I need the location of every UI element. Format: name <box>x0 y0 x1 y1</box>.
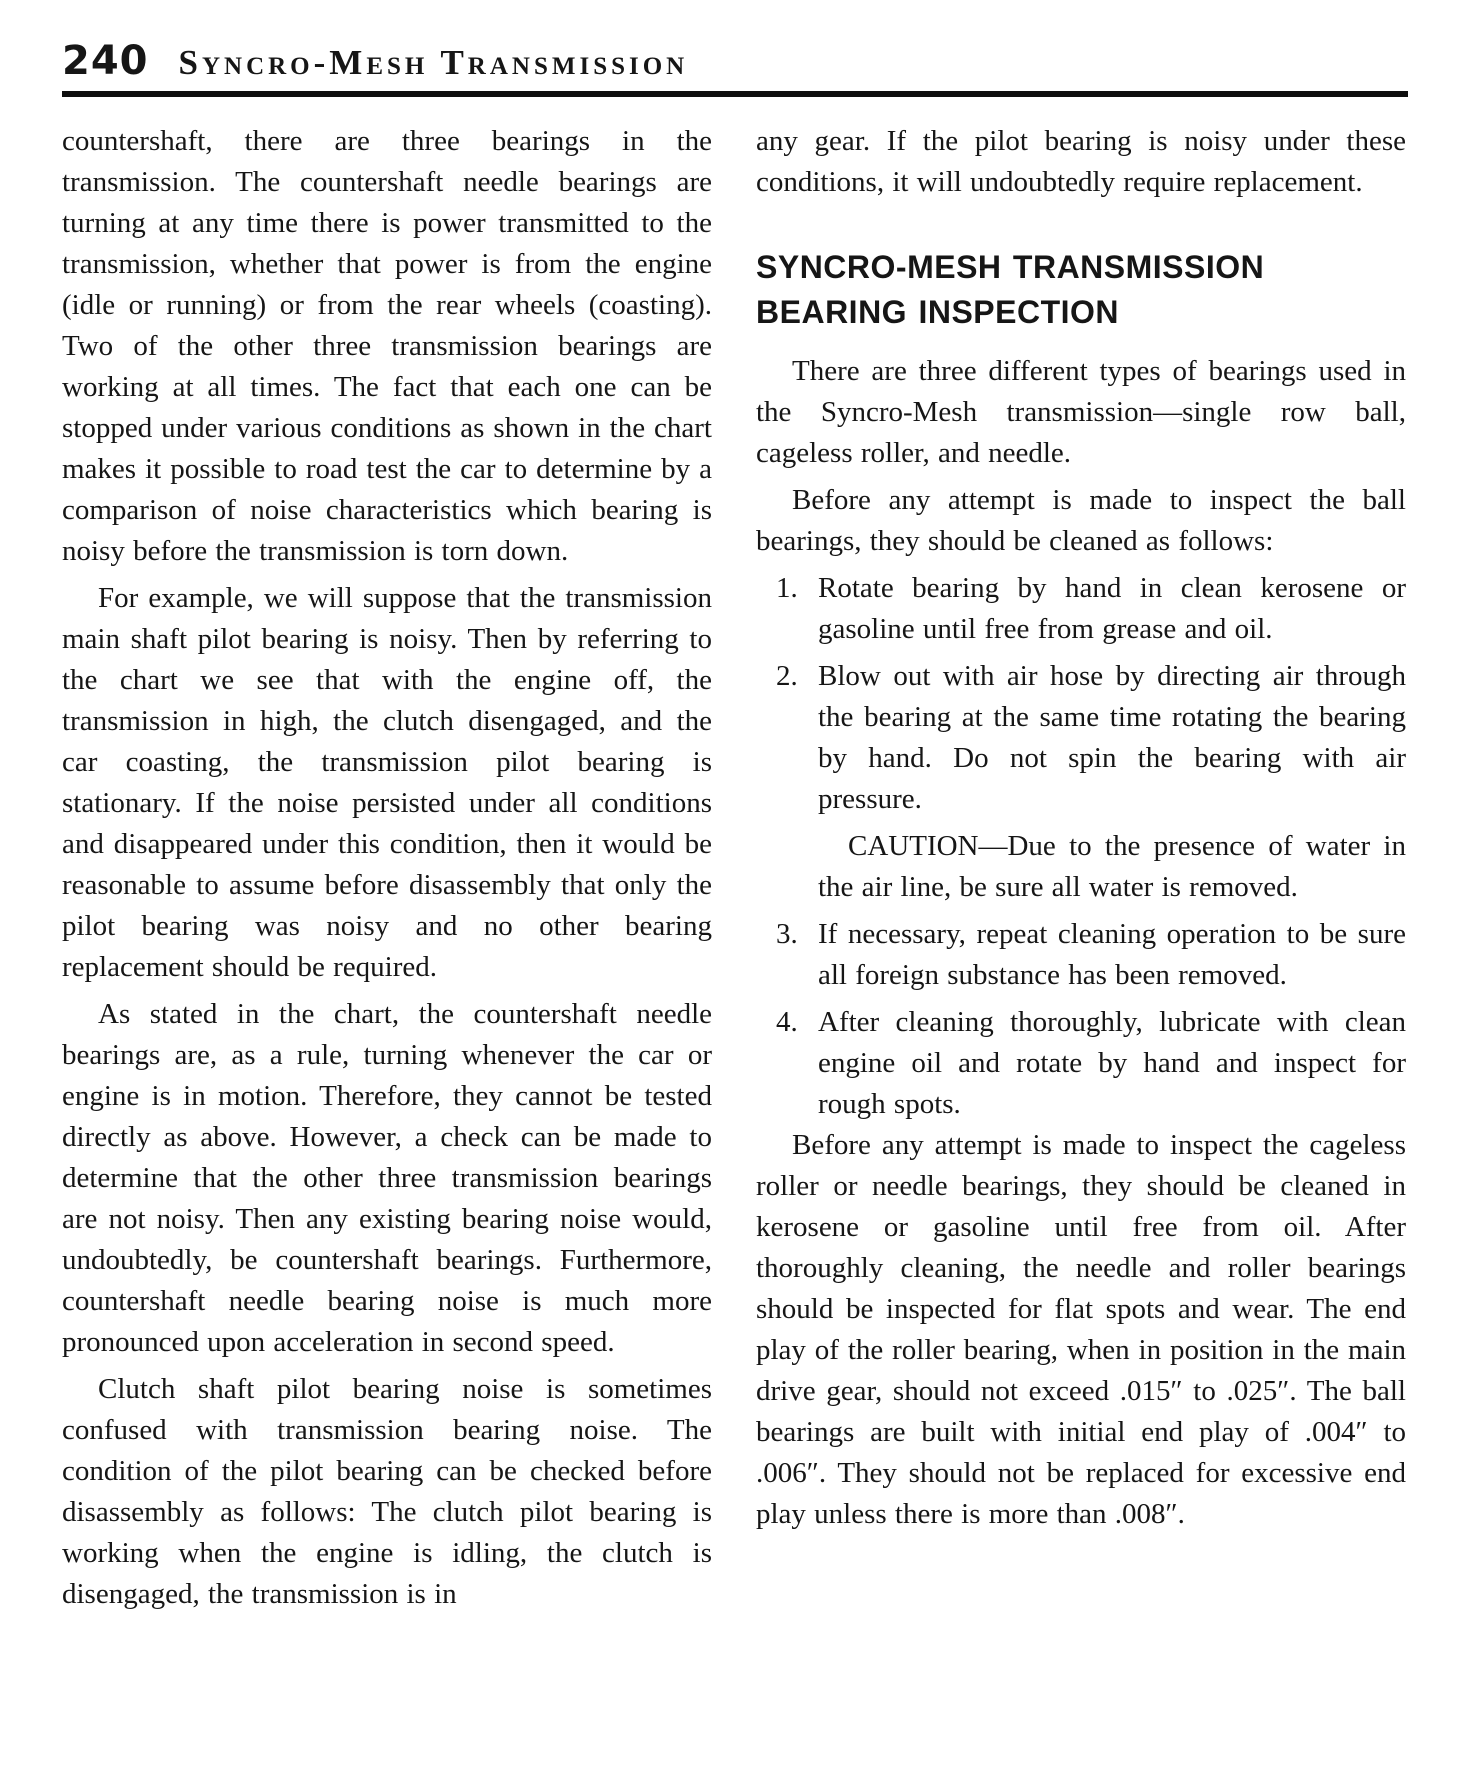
step-number: 4. <box>776 1002 798 1043</box>
step-text: After cleaning thoroughly, lubricate wit… <box>818 1006 1406 1120</box>
right-column: any gear. If the pilot bearing is noisy … <box>756 121 1406 1615</box>
page-header: 240 Syncro-Mesh Transmission <box>62 38 1408 84</box>
step-text: If necessary, repeat cleaning operation … <box>818 918 1406 991</box>
paragraph-countershaft-needle: As stated in the chart, the countershaft… <box>62 994 712 1363</box>
step-number: 3. <box>776 914 798 955</box>
left-column: countershaft, there are three bearings i… <box>62 121 712 1615</box>
header-rule <box>62 91 1408 97</box>
paragraph-example-pilot-bearing: For example, we will suppose that the tr… <box>62 578 712 988</box>
list-item-step-3: 3. If necessary, repeat cleaning operati… <box>756 914 1406 996</box>
section-heading: SYNCRO-MESH TRANSMISSION BEARING INSPECT… <box>756 245 1406 335</box>
page-number: 240 <box>62 38 149 84</box>
paragraph-countershaft-bearings: countershaft, there are three bearings i… <box>62 121 712 572</box>
running-title: Syncro-Mesh Transmission <box>179 43 689 83</box>
paragraph-roller-needle-inspection: Before any attempt is made to inspect th… <box>756 1125 1406 1535</box>
step-number: 2. <box>776 656 798 697</box>
caution-note: CAUTION—Due to the presence of water in … <box>756 826 1406 908</box>
list-item-step-4: 4. After cleaning thoroughly, lubricate … <box>756 1002 1406 1125</box>
paragraph-clutch-shaft-pilot: Clutch shaft pilot bearing noise is some… <box>62 1369 712 1615</box>
book-page: 240 Syncro-Mesh Transmission countershaf… <box>0 0 1464 1775</box>
step-number: 1. <box>776 568 798 609</box>
list-item-step-1: 1. Rotate bearing by hand in clean keros… <box>756 568 1406 650</box>
paragraph-before-ball-inspection: Before any attempt is made to inspect th… <box>756 480 1406 562</box>
paragraph-any-gear: any gear. If the pilot bearing is noisy … <box>756 121 1406 203</box>
step-text: Rotate bearing by hand in clean kerosene… <box>818 572 1406 645</box>
two-column-body: countershaft, there are three bearings i… <box>62 121 1408 1615</box>
step-text: Blow out with air hose by directing air … <box>818 660 1406 815</box>
list-item-step-2: 2. Blow out with air hose by directing a… <box>756 656 1406 820</box>
paragraph-three-bearing-types: There are three different types of beari… <box>756 351 1406 474</box>
